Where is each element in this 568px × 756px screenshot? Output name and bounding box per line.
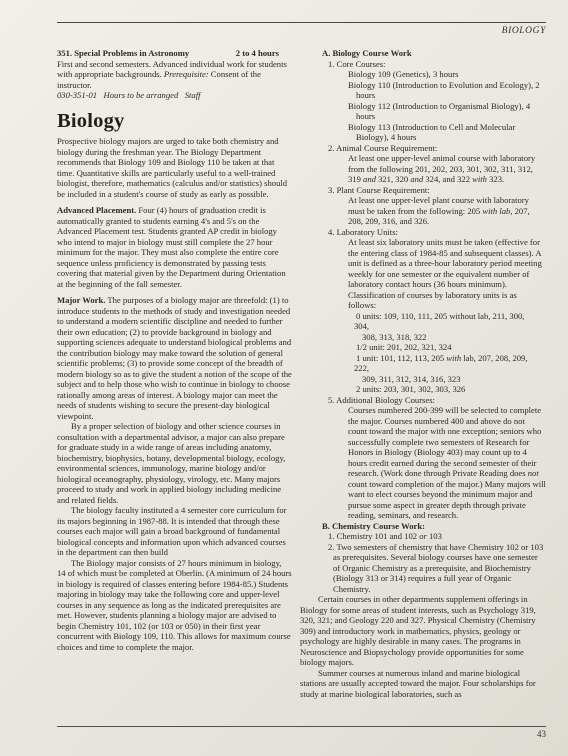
text-run: 2. Animal Course Requirement:	[328, 143, 437, 153]
text-run: 1/2 unit: 201, 202, 321, 324	[356, 342, 452, 352]
requirements-outline: A. Biology Course Work1. Core Courses:Bi…	[300, 48, 546, 699]
text-run: By a proper selection of biology and oth…	[57, 421, 285, 505]
department-title: Biology	[57, 116, 292, 127]
text-run: 1 unit: 101, 112, 113, 205	[356, 353, 446, 363]
page-footer: 43	[57, 726, 546, 739]
text-run: Biology 109 (Genetics), 3 hours	[348, 69, 459, 79]
text-run: Four (4) hours of graduation credit is a…	[57, 205, 286, 289]
left-column: 351. Special Problems in Astronomy 2 to …	[57, 48, 292, 699]
outline-line: 0 units: 109, 110, 111, 205 without lab,…	[300, 311, 546, 322]
overview-paragraph: Major Work. The purposes of a biology ma…	[57, 295, 292, 421]
outline-line: Biology 113 (Introduction to Cell and Mo…	[300, 122, 546, 143]
outline-line: A. Biology Course Work	[300, 48, 546, 59]
text-run: Major Work.	[57, 295, 105, 305]
outline-line: Certain courses in other departments sup…	[300, 594, 546, 668]
outline-line: At least six laboratory units must be ta…	[300, 237, 546, 311]
text-run: Summer courses at numerous inland and ma…	[300, 668, 536, 699]
text-run: 2. Two semesters of chemistry that have …	[328, 542, 543, 594]
text-run: count toward completion of the major.) M…	[348, 479, 546, 521]
text-run: 2 units: 203, 301, 302, 303, 326	[356, 384, 465, 394]
text-run: 304,	[354, 321, 369, 331]
text-run: with lab	[482, 206, 510, 216]
text-run: Biology 112 (Introduction to Organismal …	[348, 101, 530, 122]
outline-line: 222,	[300, 363, 546, 374]
text-run: B. Chemistry Course Work:	[322, 521, 425, 531]
course-hours: 2 to 4 hours	[236, 48, 279, 59]
outline-line: Biology 109 (Genetics), 3 hours	[300, 69, 546, 80]
astronomy-course-block: 351. Special Problems in Astronomy 2 to …	[57, 48, 292, 101]
outline-line: 4. Laboratory Units:	[300, 227, 546, 238]
course-title: 351. Special Problems in Astronomy	[57, 48, 189, 59]
outline-line: Biology 112 (Introduction to Organismal …	[300, 101, 546, 122]
outline-line: 2 units: 203, 301, 302, 303, 326	[300, 384, 546, 395]
page-number: 43	[57, 729, 546, 739]
text-run: lab, 207, 208, 209,	[461, 353, 527, 363]
text-run: 4. Laboratory Units:	[328, 227, 398, 237]
text-run: 323.	[487, 174, 504, 184]
text-run: or	[419, 531, 427, 541]
outline-line: 304,	[300, 321, 546, 332]
right-column: A. Biology Course Work1. Core Courses:Bi…	[300, 48, 546, 699]
footer-rule	[57, 726, 546, 727]
course-description: First and second semesters. Advanced ind…	[57, 59, 292, 91]
text-run: 222,	[354, 363, 369, 373]
two-column-layout: 351. Special Problems in Astronomy 2 to …	[57, 48, 546, 699]
outline-line: Biology 110 (Introduction to Evolution a…	[300, 80, 546, 101]
outline-line: 1. Core Courses:	[300, 59, 546, 70]
outline-line: 5. Additional Biology Courses:	[300, 395, 546, 406]
outline-line: 1. Chemistry 101 and 102 or 103	[300, 531, 546, 542]
biology-overview-paragraphs: Prospective biology majors are urged to …	[57, 136, 292, 652]
course-schedule-line: 030-351-01 Hours to be arranged Staff	[57, 90, 292, 101]
outline-line: 2. Animal Course Requirement:	[300, 143, 546, 154]
overview-paragraph: The biology faculty instituted a 4 semes…	[57, 505, 292, 558]
text-run: Prerequisite:	[164, 69, 209, 79]
text-run: 3. Plant Course Requirement:	[328, 185, 430, 195]
text-run: 103	[427, 531, 442, 541]
text-run: with	[446, 353, 461, 363]
outline-line: At least one upper-level plant course wi…	[300, 195, 546, 227]
text-run: Prospective biology majors are urged to …	[57, 136, 287, 199]
catalog-page: BIOLOGY 351. Special Problems in Astrono…	[0, 0, 568, 756]
text-run: A. Biology Course Work	[322, 48, 412, 58]
course-heading-row: 351. Special Problems in Astronomy 2 to …	[57, 48, 292, 59]
text-run: The Biology major consists of 27 hours m…	[57, 558, 292, 652]
text-run: 5. Additional Biology Courses:	[328, 395, 435, 405]
text-run: 324, and 322	[423, 174, 472, 184]
text-run: The biology faculty instituted a 4 semes…	[57, 505, 287, 557]
text-run: Biology 113 (Introduction to Cell and Mo…	[348, 122, 515, 143]
text-run: 308, 313, 318, 322	[362, 332, 426, 342]
text-run: 1. Chemistry 101 and 102	[328, 531, 419, 541]
text-run: and	[410, 174, 423, 184]
outline-line: 3. Plant Course Requirement:	[300, 185, 546, 196]
text-run: with	[472, 174, 487, 184]
text-run: The purposes of a biology major are thre…	[57, 295, 292, 421]
text-run: 030-351-01 Hours to be arranged Staff	[57, 90, 200, 100]
text-run: 0 units: 109, 110, 111, 205 without lab,…	[356, 311, 524, 321]
text-run: and	[363, 174, 376, 184]
outline-line: B. Chemistry Course Work:	[300, 521, 546, 532]
text-run: At least six laboratory units must be ta…	[348, 237, 542, 310]
outline-line: 2. Two semesters of chemistry that have …	[300, 542, 546, 595]
text-run: 321, 320	[376, 174, 410, 184]
outline-line: 308, 313, 318, 322	[300, 332, 546, 343]
outline-line: Courses numbered 200-399 will be selecte…	[300, 405, 546, 521]
outline-line: 1 unit: 101, 112, 113, 205 with lab, 207…	[300, 353, 546, 364]
text-run: not	[528, 468, 539, 478]
overview-paragraph: The Biology major consists of 27 hours m…	[57, 558, 292, 653]
text-run: 309, 311, 312, 314, 316, 323	[362, 374, 461, 384]
text-run: Courses numbered 200-399 will be selecte…	[348, 405, 541, 478]
overview-paragraph: By a proper selection of biology and oth…	[57, 421, 292, 505]
text-run: Biology 110 (Introduction to Evolution a…	[348, 80, 540, 101]
outline-line: 1/2 unit: 201, 202, 321, 324	[300, 342, 546, 353]
page-content: BIOLOGY 351. Special Problems in Astrono…	[57, 22, 546, 699]
text-run: Advanced Placement.	[57, 205, 136, 215]
header-rule	[57, 22, 546, 23]
outline-line: At least one upper-level animal course w…	[300, 153, 546, 185]
running-head: BIOLOGY	[57, 26, 546, 36]
outline-line: Summer courses at numerous inland and ma…	[300, 668, 546, 700]
text-run: Certain courses in other departments sup…	[300, 594, 536, 667]
text-run: 1. Core Courses:	[328, 59, 386, 69]
overview-paragraph: Advanced Placement. Four (4) hours of gr…	[57, 205, 292, 289]
overview-paragraph: Prospective biology majors are urged to …	[57, 136, 292, 199]
outline-line: 309, 311, 312, 314, 316, 323	[300, 374, 546, 385]
